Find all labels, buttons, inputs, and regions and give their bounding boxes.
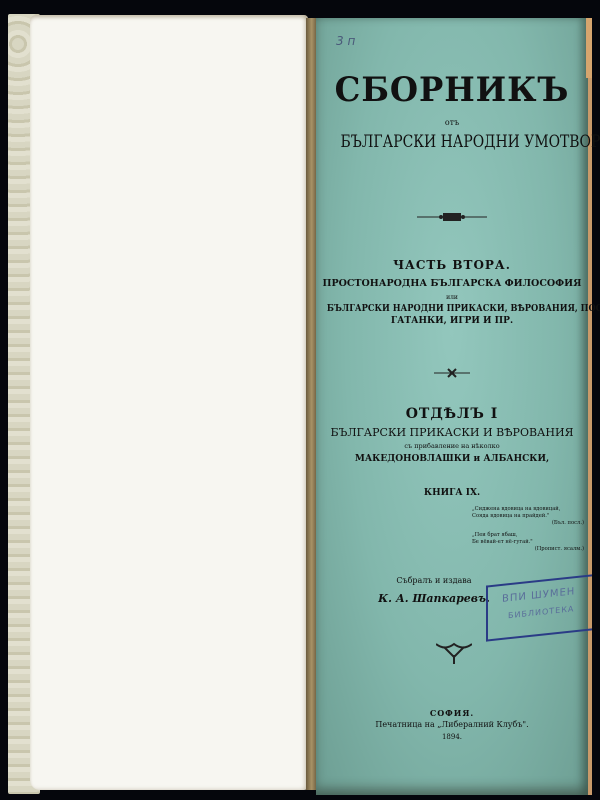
additional-material: МАКЕДОНОВЛАШКИ и АЛБАНСКИ, (316, 454, 588, 464)
publication-city: СОФИЯ. (316, 708, 588, 718)
library-stamp: ВПИ ШУМЕН БИБЛИОТЕКА (486, 574, 592, 641)
book-number: КНИГА IX. (316, 488, 588, 498)
book-subtitle: БЪЛГАРСКИ НАРОДНИ УМОТВОРЕНИЯ. (340, 132, 563, 152)
title-preposition: отъ (316, 118, 588, 127)
contents-line-2: ГАТАНКИ, ИГРИ И ПР. (316, 316, 588, 326)
title-page: 3 п СБОРНИКЪ отъ БЪЛГАРСКИ НАРОДНИ УМОТВ… (316, 18, 592, 795)
part-subtitle: ПРОСТОНАРОДНА БЪЛГАРСКА ФИЛОСОФИЯ (316, 278, 588, 289)
addition-note: съ прибавление на нѣколко (316, 442, 588, 450)
part-heading: ЧАСТЬ ВТОРА. (316, 258, 588, 272)
ornament-divider-icon (417, 212, 487, 222)
section-title: БЪЛГАРСКИ ПРИКАСКИ И ВѢРОВАНИЯ (316, 426, 588, 439)
section-heading: ОТДѢЛЪ I (316, 406, 588, 422)
contents-line-1: БЪЛГАРСКИ НАРОДНИ ПРИКАСКИ, ВѢРОВАНИЯ, П… (327, 304, 577, 314)
publication-year: 1894. (316, 733, 588, 741)
book-title: СБОРНИКЪ (323, 70, 581, 110)
title-page-content: 3 п СБОРНИКЪ отъ БЪЛГАРСКИ НАРОДНИ УМОТВ… (316, 18, 588, 795)
pencil-annotation: 3 п (336, 34, 355, 48)
floral-ornament-icon (436, 641, 472, 665)
epigraph-2: „Пеи брат ябаш, Бе вёвай-ет нё-гугай." (… (472, 532, 584, 553)
epigraph-1: „Сиджена вдовица на вдовицай, Сояда вдов… (472, 506, 584, 527)
blank-left-page (30, 15, 308, 790)
small-ornament-icon (434, 368, 470, 378)
printer: Печатница на „Либералний Клубъ". (316, 720, 588, 729)
conjunction-or: или (316, 294, 588, 301)
